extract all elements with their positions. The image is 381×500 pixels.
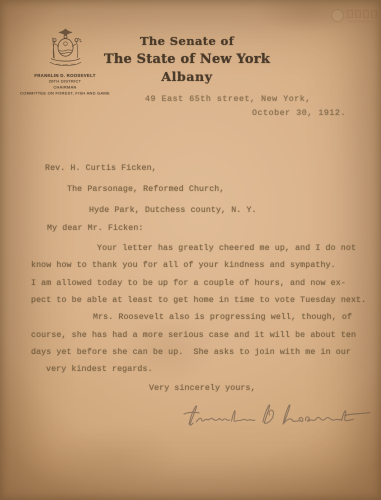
- franklin-d-roosevelt-signature: [182, 395, 374, 435]
- letter-body: Your letter has greatly cheered me up, a…: [31, 240, 375, 379]
- watermark: [331, 7, 379, 25]
- watermark-glyph: [347, 10, 353, 18]
- letterhead-line-1: The Senate of: [0, 33, 379, 51]
- letterhead-title: The Senate of The State of New York Alba…: [0, 33, 379, 86]
- letter-date: October 30, 1912.: [252, 109, 346, 119]
- letter-photo: FRANKLIN D. ROOSEVELT 26TH DISTRICT CHAI…: [0, 0, 381, 500]
- body-line: very kindest regards.: [31, 361, 375, 378]
- recipient-address-2: Hyde Park, Dutchess county, N. Y.: [89, 206, 257, 216]
- closing-line: Very sincerely yours,: [149, 384, 256, 394]
- body-line: know how to thank you for all of your ki…: [31, 257, 375, 274]
- watermark-glyph: [371, 10, 377, 18]
- body-line: days yet before she can be up. She asks …: [31, 344, 375, 361]
- watermark-glyph: [347, 20, 375, 23]
- body-line: I am allowed today to be up for a couple…: [31, 275, 375, 292]
- senator-committee: COMMITTEE ON FOREST, FISH AND GAME: [17, 91, 113, 97]
- recipient-address-1: The Parsonage, Reformed Church,: [67, 185, 224, 195]
- watermark-glyph: [363, 10, 369, 18]
- letterhead-line-2: The State of New York: [0, 51, 379, 69]
- body-line: course, she has had a more serious case …: [31, 327, 375, 344]
- watermark-glyph: [355, 10, 361, 18]
- letterhead-line-3: Albany: [0, 68, 379, 86]
- body-line: pect to be able at least to get home in …: [31, 292, 375, 309]
- salutation: My dear Mr. Ficken:: [47, 224, 144, 234]
- body-line: Mrs. Roosevelt also is progressing well,…: [31, 309, 375, 326]
- watermark-logo-icon: [331, 9, 344, 22]
- body-line: Your letter has greatly cheered me up, a…: [31, 240, 375, 257]
- recipient-name: Rev. H. Curtis Ficken,: [45, 164, 157, 174]
- sender-address: 49 East 65th street, New York,: [145, 95, 311, 105]
- paper-stain: [55, 425, 185, 485]
